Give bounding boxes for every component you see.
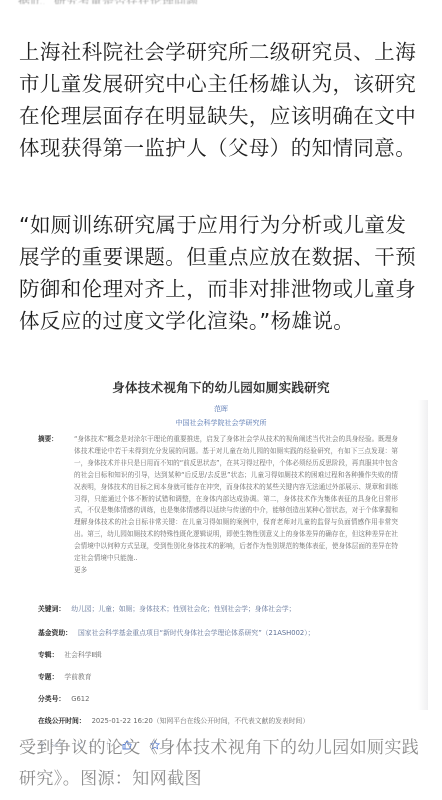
meta-key: 分类号： (38, 695, 65, 703)
meta-key: 基金资助： (38, 629, 72, 637)
abstract-text: “身体技术”概念是对涂尔干理论的重要推进，启发了身体社会学从技术的视角阐述当代社… (74, 434, 398, 565)
paper-affiliation-link[interactable]: 中国社会科学院社会学研究所 (0, 418, 442, 428)
paper-abstract: 摘要： “身体技术”概念是对涂尔干理论的重要推进，启发了身体社会学从技术的视角阐… (40, 434, 398, 577)
meta-value: 2025-01-22 16:20（知网平台在线公开时间，不代表文献的发表时间） (92, 717, 310, 725)
meta-keywords: 关键词：幼儿园；儿童；如厕；身体技术；性别社会化；性别社会学；身体社会学； (38, 603, 295, 613)
paper-author-link[interactable]: 范晖 (0, 404, 442, 414)
meta-classification: 分类号：G612 (38, 693, 89, 703)
funding-link[interactable]: 国家社会科学基金重点项目“新时代身体社会学理论体系研究”（21ASH002）； (78, 629, 314, 637)
meta-topic: 专题：学前教育 (38, 671, 92, 681)
abstract-more-link[interactable]: 更多 (74, 565, 398, 577)
meta-value: G612 (71, 695, 89, 703)
meta-key: 关键词： (38, 605, 65, 613)
meta-collection: 专辑：社会科学Ⅱ辑 (38, 649, 102, 659)
meta-value: 学前教育 (64, 673, 91, 681)
meta-funding: 基金资助：国家社会科学基金重点项目“新时代身体社会学理论体系研究”（21ASH0… (38, 627, 314, 637)
clipped-previous-line: 据此，研究考量是否存在伦理问题 (18, 0, 258, 4)
article-paragraph-1: 上海社科院社会学研究所二级研究员、上海市儿童发展研究中心主任杨雄认为，该研究在伦… (19, 36, 427, 164)
figure-caption: 受到争议的论文《身体技术视角下的幼儿园如厕实践研究》。图源：知网截图 (19, 733, 427, 795)
meta-value: 社会科学Ⅱ辑 (64, 651, 101, 659)
meta-key: 专题： (38, 673, 58, 681)
figure-edge-shadow (418, 400, 428, 710)
keywords-links[interactable]: 幼儿园；儿童；如厕；身体技术；性别社会化；性别社会学；身体社会学； (71, 605, 295, 613)
article-paragraph-2: “如厕训练研究属于应用行为分析或儿童发展学的重要课题。但重点应放在数据、干预防御… (19, 209, 427, 337)
abstract-label: 摘要： (38, 434, 58, 446)
meta-key: 在线公开时间： (38, 717, 86, 725)
paper-title: 身体技术视角下的幼儿园如厕实践研究 (0, 378, 442, 396)
cnki-screenshot-figure: 身体技术视角下的幼儿园如厕实践研究 范晖 中国社会科学院社会学研究所 摘要： “… (0, 370, 442, 720)
meta-online-date: 在线公开时间：2025-01-22 16:20（知网平台在线公开时间，不代表文献… (38, 715, 309, 725)
meta-key: 专辑： (38, 651, 58, 659)
